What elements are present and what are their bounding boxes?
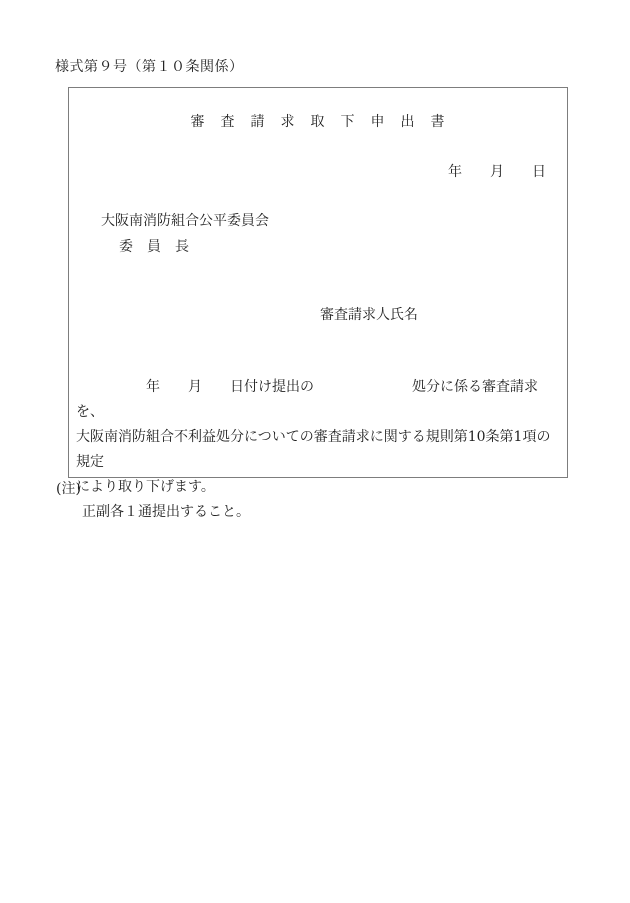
note-heading: (注): [56, 482, 81, 496]
document-page: 様式第９号（第１０条関係） 審 査 請 求 取 下 申 出 書 年 月 日 大阪…: [0, 0, 630, 903]
claimant-name-label: 審査請求人氏名: [320, 308, 418, 322]
note-instruction: 正副各１通提出すること。: [82, 505, 250, 519]
body-line-3: により取り下げます。: [76, 475, 562, 500]
form-border-box: 審 査 請 求 取 下 申 出 書 年 月 日 大阪南消防組合公平委員会 委 員…: [68, 87, 568, 478]
document-title: 審 査 請 求 取 下 申 出 書: [69, 115, 567, 129]
form-number-label: 様式第９号（第１０条関係）: [55, 60, 244, 74]
body-paragraph: 年 月 日付け提出の 処分に係る審査請求を、 大阪南消防組合不利益処分についての…: [76, 375, 562, 500]
addressee-organization: 大阪南消防組合公平委員会: [101, 214, 269, 228]
addressee-chairperson: 委 員 長: [119, 240, 189, 254]
date-blank-line: 年 月 日: [448, 165, 546, 179]
body-line-1: 年 月 日付け提出の 処分に係る審査請求を、: [76, 375, 562, 425]
body-line-2: 大阪南消防組合不利益処分についての審査請求に関する規則第10条第1項の規定: [76, 425, 562, 475]
